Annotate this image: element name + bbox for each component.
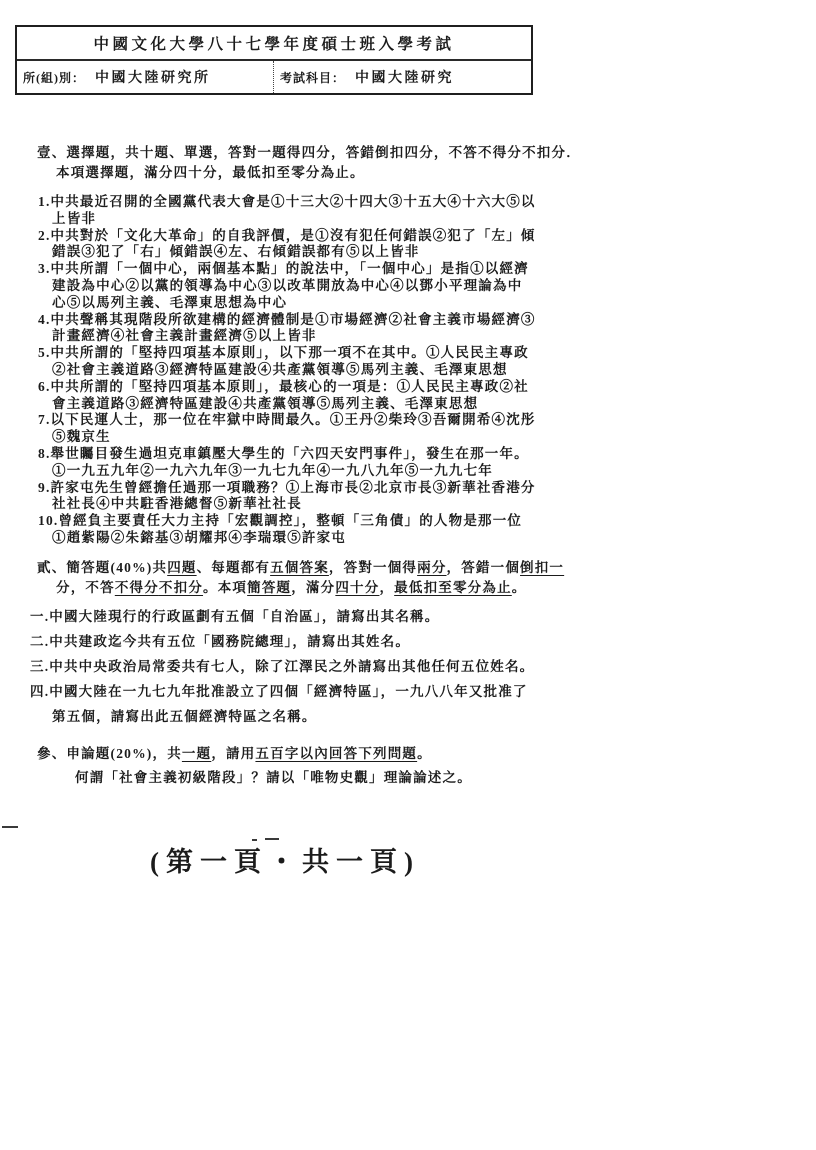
text-line: 本項選擇題，滿分四十分，最低扣至零分為止。 — [30, 163, 570, 183]
header-box: 中國文化大學八十七學年度碩士班入學考試 所(組)別： 中國大陸研究所 考試科目：… — [15, 25, 533, 95]
text-line: 建設為中心②以黨的領導為中心③以改革開放為中心④以鄧小平理論為中 — [30, 278, 570, 295]
text-line: 上皆非 — [30, 211, 570, 228]
text-line: ①趙紫陽②朱鎔基③胡耀邦④李瑞環⑤許家屯 — [30, 530, 570, 547]
text-line: 3.中共所謂「一個中心，兩個基本點」的說法中，「一個中心」是指①以經濟 — [30, 261, 570, 278]
department-label: 所(組)別： — [23, 69, 85, 86]
text-line: 10.曾經負主要責任大力主持「宏觀調控」，整頓「三角債」的人物是那一位 — [30, 513, 570, 530]
text-line: 參、申論題(20%)，共一題，請用五百字以內回答下列問題。 — [30, 742, 570, 766]
text-line: 第五個，請寫出此五個經濟特區之名稱。 — [30, 704, 570, 729]
text-line: 壹、選擇題，共十題、單選，答對一題得四分，答錯倒扣四分，不答不得分不扣分． — [30, 143, 570, 163]
text-line: 四.中國大陸在一九七九年批准設立了四個「經濟特區」，一九八八年又批准了 — [30, 679, 570, 704]
text-line: 4.中共聲稱其現階段所欲建構的經濟體制是①市場經濟②社會主義市場經濟③ — [30, 312, 570, 329]
exam-body: 壹、選擇題，共十題、單選，答對一題得四分，答錯倒扣四分，不答不得分不扣分．本項選… — [30, 88, 570, 879]
subject-label: 考試科目： — [280, 69, 345, 86]
text-line: 何謂「社會主義初級階段」？請以「唯物史觀」理論論述之。 — [30, 766, 570, 790]
text-line: 9.許家屯先生曾經擔任過那一項職務？①上海市長②北京市長③新華社香港分 — [30, 480, 570, 497]
text-line: 分，不答不得分不扣分。本項簡答題，滿分四十分，最低扣至零分為止。 — [30, 578, 570, 598]
text-line: 三.中共中央政治局常委共有七人，除了江澤民之外請寫出其他任何五位姓名。 — [30, 654, 570, 679]
text-line: 一.中國大陸現行的行政區劃有五個「自治區」，請寫出其名稱。 — [30, 604, 570, 629]
section-short-answer-instructions: 貳、簡答題(40%)共四題、每題都有五個答案，答對一個得兩分，答錯一個倒扣一分，… — [30, 558, 570, 598]
short-answer-list: 一.中國大陸現行的行政區劃有五個「自治區」，請寫出其名稱。二.中共建政迄今共有五… — [30, 604, 570, 729]
text-line: 社社長④中共駐香港總督⑤新華社社長 — [30, 496, 570, 513]
text-line: 2.中共對於「文化大革命」的自我評價，是①沒有犯任何錯誤②犯了「左」傾 — [30, 228, 570, 245]
text-line: ①一九五九年②一九六九年③一九七九年④一九八九年⑤一九九七年 — [30, 463, 570, 480]
text-line: 計畫經濟④社會主義計畫經濟⑤以上皆非 — [30, 328, 570, 345]
text-line: 錯誤③犯了「右」傾錯誤④左、右傾錯誤都有⑤以上皆非 — [30, 244, 570, 261]
text-line: 會主義道路③經濟特區建設④共產黨領導⑤馬列主義、毛澤東思想 — [30, 396, 570, 413]
text-line: 6.中共所謂的「堅持四項基本原則」，最核心的一項是：①人民民主專政②社 — [30, 379, 570, 396]
subject-value: 中國大陸研究 — [355, 67, 454, 87]
scan-artifact — [252, 839, 257, 841]
department-value: 中國大陸研究所 — [95, 67, 211, 87]
scan-artifact — [2, 826, 18, 828]
section-essay: 參、申論題(20%)，共一題，請用五百字以內回答下列問題。何謂「社會主義初級階段… — [30, 742, 570, 790]
text-line: 8.舉世矚目發生過坦克車鎮壓大學生的「六四天安門事件」，發生在那一年。 — [30, 446, 570, 463]
text-line: 5.中共所謂的「堅持四項基本原則」，以下那一項不在其中。①人民民主專政 — [30, 345, 570, 362]
exam-title: 中國文化大學八十七學年度碩士班入學考試 — [93, 32, 454, 54]
page-footer: (第一頁・共一頁) — [30, 840, 540, 879]
text-line: 1.中共最近召開的全國黨代表大會是①十三大②十四大③十五大④十六大⑤以 — [30, 194, 570, 211]
text-line: ②社會主義道路③經濟特區建設④共產黨領導⑤馬列主義、毛澤東思想 — [30, 362, 570, 379]
text-line: 7.以下民運人士，那一位在牢獄中時間最久。①王丹②柴玲③吾爾開希④沈彤 — [30, 412, 570, 429]
text-line: ⑤魏京生 — [30, 429, 570, 446]
text-line: 貳、簡答題(40%)共四題、每題都有五個答案，答對一個得兩分，答錯一個倒扣一 — [30, 558, 570, 578]
text-line: 二.中共建政迄今共有五位「國務院總理」，請寫出其姓名。 — [30, 629, 570, 654]
header-title-row: 中國文化大學八十七學年度碩士班入學考試 — [17, 27, 531, 61]
text-line: 心⑤以馬列主義、毛澤東思想為中心 — [30, 295, 570, 312]
section-choice-instructions: 壹、選擇題，共十題、單選，答對一題得四分，答錯倒扣四分，不答不得分不扣分．本項選… — [30, 143, 570, 183]
scan-artifact — [265, 838, 279, 840]
mc-question-list: 1.中共最近召開的全國黨代表大會是①十三大②十四大③十五大④十六大⑤以上皆非2.… — [30, 194, 570, 547]
